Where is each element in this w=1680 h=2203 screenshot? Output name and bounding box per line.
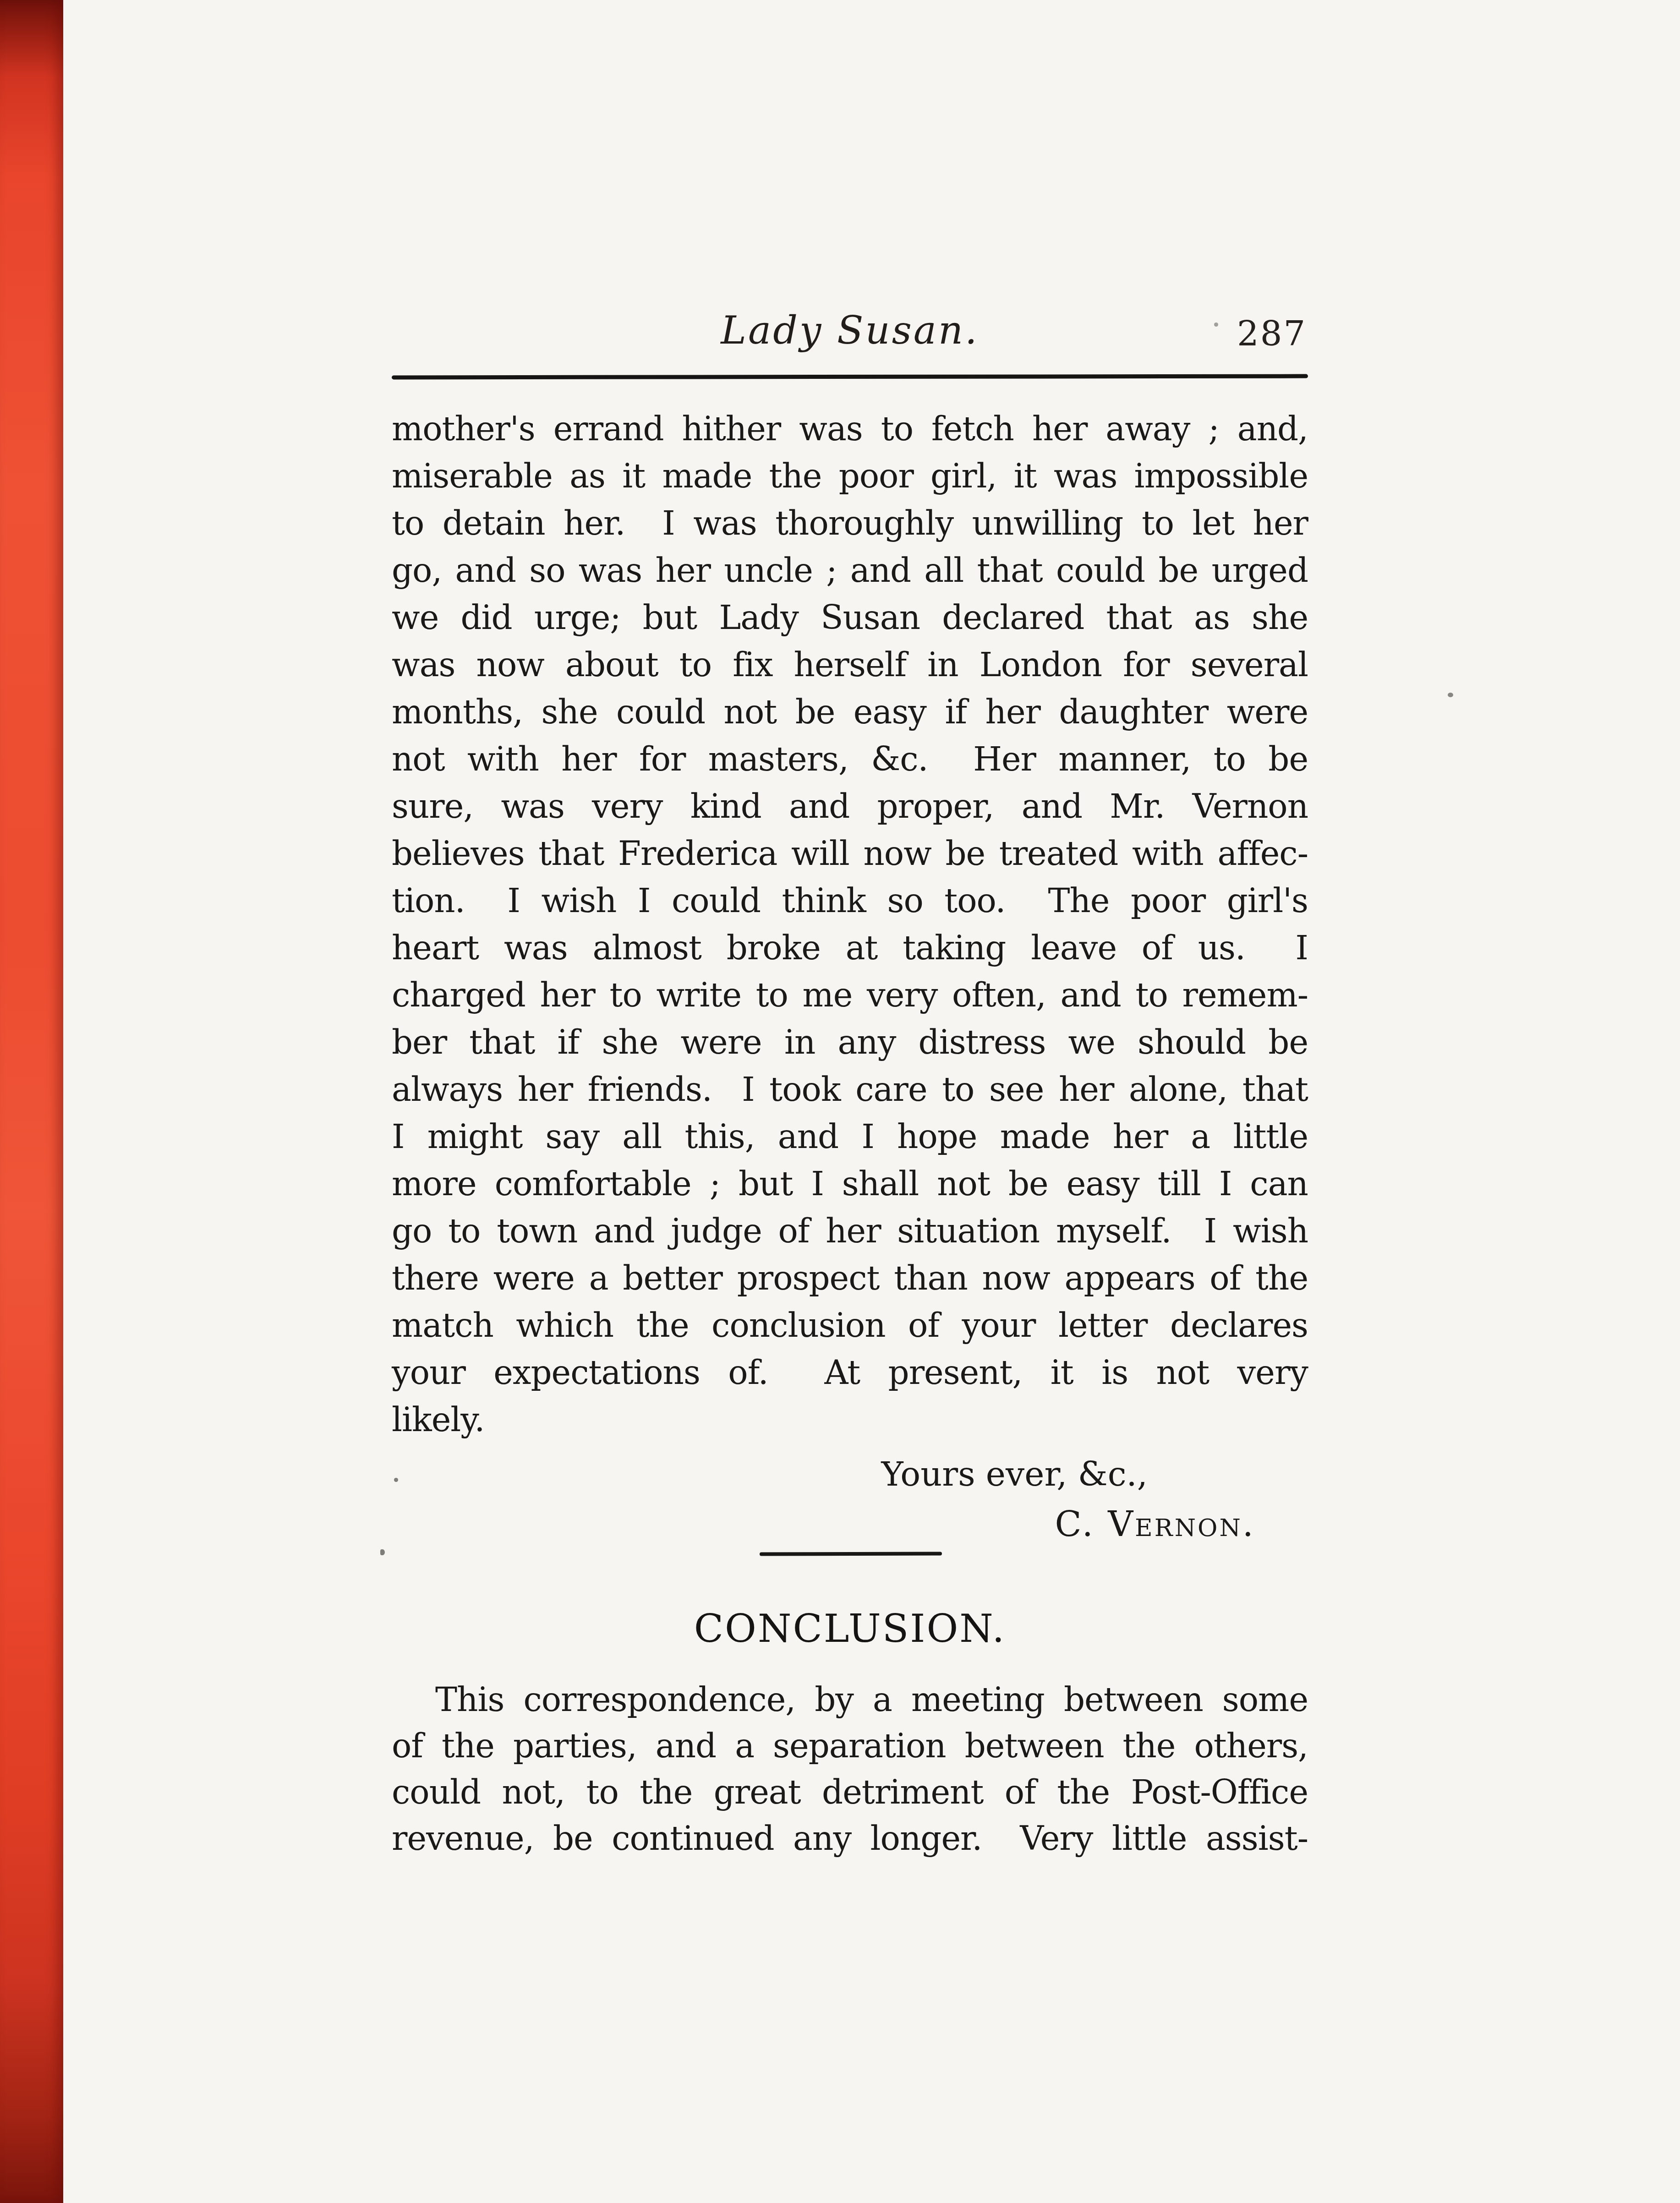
ink-speck <box>1214 323 1218 327</box>
running-title: Lady Susan. <box>392 308 1308 353</box>
book-page-scan: Lady Susan. 287 mother's errand hither w… <box>0 0 1680 2203</box>
text-line: miserable as it made the poor girl, it w… <box>392 453 1308 500</box>
ink-speck <box>380 1549 385 1555</box>
text-line: believes that Frederica will now be trea… <box>392 830 1308 877</box>
text-line: revenue, be continued any longer. Very l… <box>392 1815 1308 1862</box>
letter-valediction: Yours ever, &c., <box>392 1455 1148 1494</box>
text-line: of the parties, and a separation between… <box>392 1723 1308 1769</box>
text-line: to detain her. I was thoroughly unwillin… <box>392 500 1308 547</box>
text-line: heart was almost broke at taking leave o… <box>392 924 1308 972</box>
red-scan-edge-stripe <box>0 0 63 2203</box>
ink-speck <box>394 1478 398 1482</box>
text-line: tion. I wish I could think so too. The p… <box>392 877 1308 924</box>
page-number: 287 <box>1237 313 1307 354</box>
text-line: charged her to write to me very often, a… <box>392 972 1308 1019</box>
section-divider-rule <box>760 1552 942 1556</box>
text-line: more comfortable ; but I shall not be ea… <box>392 1160 1308 1208</box>
conclusion-heading: CONCLUSION. <box>392 1606 1308 1651</box>
text-line: there were a better prospect than now ap… <box>392 1255 1308 1302</box>
text-line: ber that if she were in any distress we … <box>392 1019 1308 1066</box>
ink-speck <box>1448 693 1453 697</box>
text-line: match which the conclusion of your lette… <box>392 1302 1308 1349</box>
text-line: mother's errand hither was to fetch her … <box>392 405 1308 453</box>
text-line: your expectations of. At present, it is … <box>392 1349 1308 1396</box>
letter-signature: C. Vernon. <box>392 1503 1255 1544</box>
text-line: always her friends. I took care to see h… <box>392 1066 1308 1113</box>
header-rule <box>392 374 1308 380</box>
text-line: go to town and judge of her situation my… <box>392 1208 1308 1255</box>
text-line: This correspondence, by a meeting betwee… <box>392 1677 1308 1723</box>
text-line: go, and so was her uncle ; and all that … <box>392 547 1308 594</box>
text-line: likely. <box>392 1396 1308 1443</box>
text-line: I might say all this, and I hope made he… <box>392 1113 1308 1160</box>
text-line: not with her for masters, &c. Her manner… <box>392 736 1308 783</box>
text-line: could not, to the great detriment of the… <box>392 1769 1308 1815</box>
text-line: was now about to fix herself in London f… <box>392 641 1308 689</box>
text-line: sure, was very kind and proper, and Mr. … <box>392 783 1308 830</box>
letter-body: mother's errand hither was to fetch her … <box>392 405 1308 1443</box>
text-line: months, she could not be easy if her dau… <box>392 689 1308 736</box>
text-line: we did urge; but Lady Susan declared tha… <box>392 594 1308 641</box>
conclusion-body: This correspondence, by a meeting betwee… <box>392 1677 1308 1862</box>
